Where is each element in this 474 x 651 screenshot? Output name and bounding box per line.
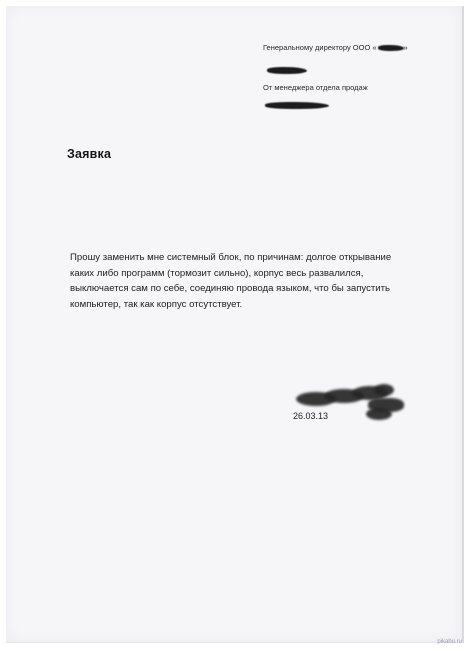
watermark: pikabu.ru bbox=[437, 639, 462, 645]
from-name-line bbox=[265, 100, 329, 110]
addressee-line: Генеральному директору ООО «» bbox=[263, 43, 408, 53]
body-line: выключается сам по себе, соединяю провод… bbox=[70, 281, 420, 297]
redacted-company-name bbox=[378, 45, 404, 51]
document-title: Заявка bbox=[67, 147, 111, 161]
scanned-image: Генеральному директору ООО «» От менедже… bbox=[0, 0, 474, 651]
letter-body: Прошу заменить мне системный блок, по пр… bbox=[70, 250, 420, 312]
redacted-manager-name bbox=[265, 102, 329, 109]
paper-sheet bbox=[6, 6, 464, 643]
from-text: От менеджера отдела продаж bbox=[263, 83, 368, 92]
body-line: каких либо программ (тормозит сильно), к… bbox=[70, 266, 420, 282]
body-line: компьютер, так как корпус отсутствует. bbox=[70, 297, 420, 313]
addressee-text: Генеральному директору ООО « bbox=[263, 43, 377, 52]
addressee-close-quote: » bbox=[404, 43, 408, 52]
redacted-director-name bbox=[267, 67, 307, 74]
letter-date: 26.03.13 bbox=[293, 411, 328, 421]
body-line: Прошу заменить мне системный блок, по пр… bbox=[70, 250, 420, 266]
from-line: От менеджера отдела продаж bbox=[263, 83, 368, 93]
addressee-name-line bbox=[267, 65, 307, 75]
